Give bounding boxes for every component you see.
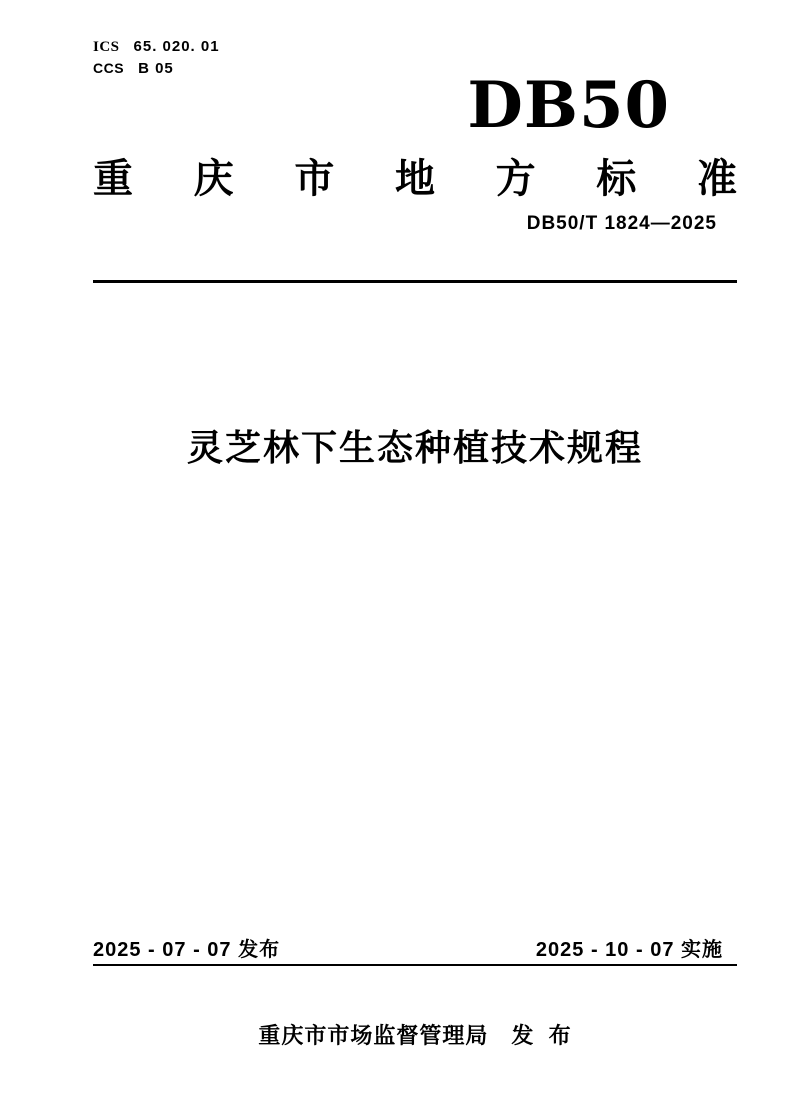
- ccs-line: CCS B 05: [93, 58, 220, 79]
- footer-divider: [93, 964, 737, 966]
- standard-cover-page: ICS 65. 020. 01 CCS B 05 DB50 重庆市地方标准 DB…: [0, 0, 790, 1116]
- dates-row: 2025 - 07 - 07 发布 2025 - 10 - 07 实施: [93, 938, 737, 963]
- document-number: DB50/T 1824—2025: [93, 213, 717, 235]
- implement-date: 2025 - 10 - 07 实施: [536, 938, 737, 963]
- ccs-value: B 05: [138, 58, 174, 79]
- standard-name: 重庆市地方标准: [93, 157, 737, 201]
- db50-logo: DB50: [467, 74, 670, 138]
- publisher-line: 重庆市市场监督管理局 发 布: [93, 1019, 737, 1050]
- header-divider: [93, 280, 737, 283]
- document-title: 灵芝林下生态种植技术规程: [93, 428, 737, 468]
- issue-date: 2025 - 07 - 07 发布: [93, 938, 280, 963]
- classification-block: ICS 65. 020. 01 CCS B 05: [93, 36, 220, 79]
- ics-label: ICS: [93, 37, 120, 58]
- ics-value: 65. 020. 01: [134, 36, 220, 57]
- ccs-label: CCS: [93, 58, 124, 79]
- ics-line: ICS 65. 020. 01: [93, 36, 220, 58]
